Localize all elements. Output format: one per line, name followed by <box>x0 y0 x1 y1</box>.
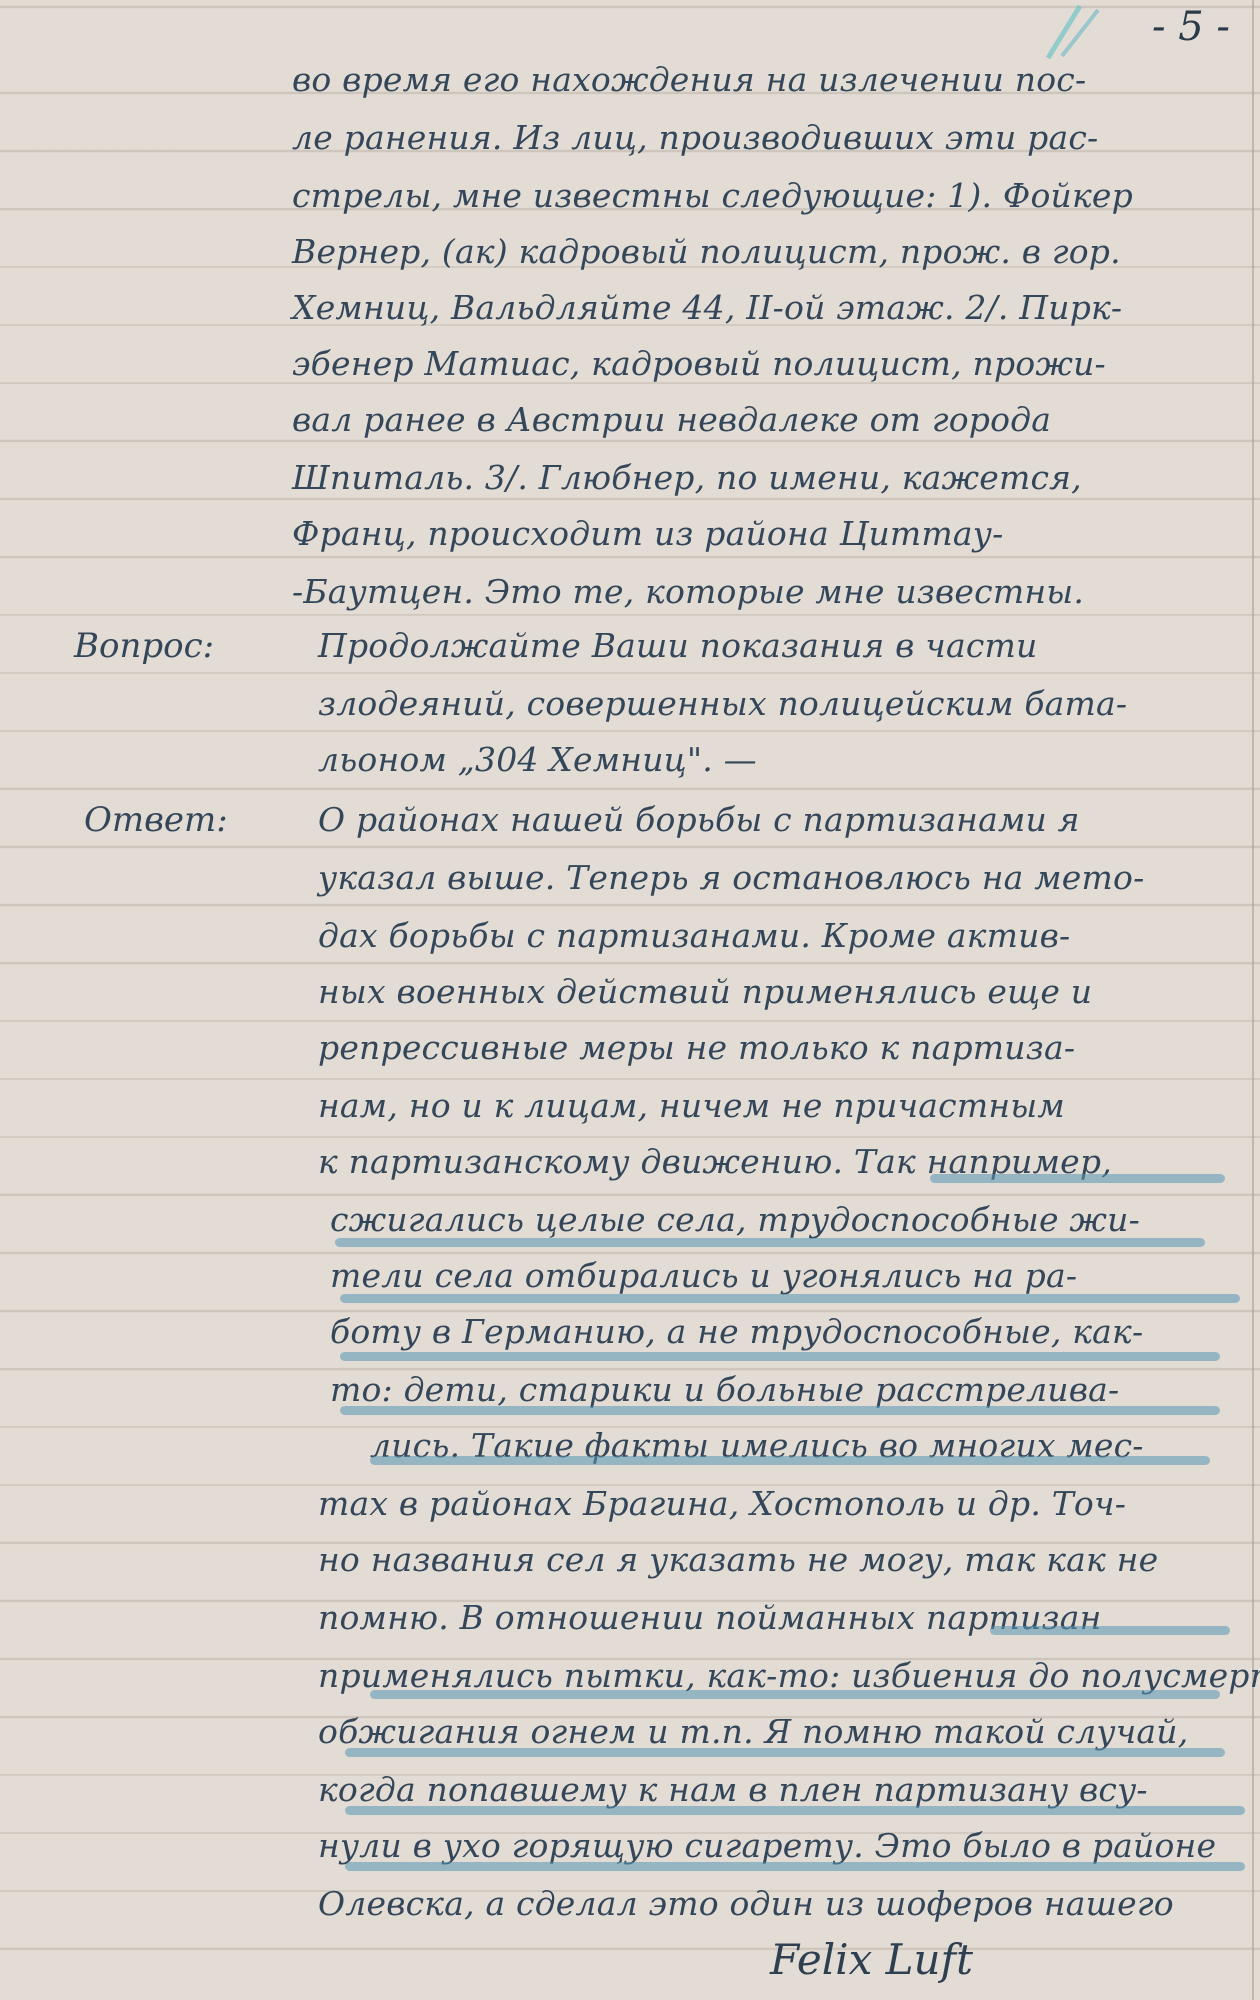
page-edge-rule <box>1252 0 1254 2000</box>
underline-mark <box>345 1806 1245 1815</box>
text-line: тели села отбирались и угонялись на ра- <box>330 1256 1077 1295</box>
text-line: О районах нашей борьбы с партизанами я <box>318 800 1080 839</box>
page-number: - 5 - <box>1152 4 1230 50</box>
text-line: сжигались целые села, трудоспособные жи- <box>330 1200 1140 1239</box>
text-line: указал выше. Теперь я остановлюсь на мет… <box>318 858 1144 897</box>
text-line: когда попавшему к нам в плен партизану в… <box>318 1770 1148 1809</box>
text-line: тах в районах Брагина, Хостополь и др. Т… <box>318 1484 1126 1523</box>
text-line: нули в ухо горящую сигарету. Это было в … <box>318 1826 1216 1865</box>
underline-mark <box>340 1406 1220 1415</box>
text-line: помню. В отношении пойманных партизан <box>318 1598 1102 1637</box>
underline-mark <box>345 1748 1225 1757</box>
text-line: дах борьбы с партизанами. Кроме актив- <box>318 916 1070 955</box>
underline-mark <box>370 1456 1210 1465</box>
text-line: Франц, происходит из района Циттау- <box>292 514 1004 553</box>
underline-mark <box>370 1690 1220 1699</box>
text-line: Шпиталь. 3/. Глюбнер, по имени, кажется, <box>292 458 1082 497</box>
underline-mark <box>990 1626 1230 1635</box>
text-line: нам, но и к лицам, ничем не причастным <box>318 1086 1065 1125</box>
text-line: вал ранее в Австрии невдалеке от города <box>292 400 1051 439</box>
text-line: ле ранения. Из лиц, производивших эти ра… <box>292 118 1098 157</box>
text-line: Вернер, (ак) кадровый полицист, прож. в … <box>292 232 1121 271</box>
text-line: -Баутцен. Это те, которые мне известны. <box>292 572 1084 611</box>
text-line: обжигания огнем и т.п. Я помню такой слу… <box>318 1712 1188 1751</box>
text-line: Продолжайте Ваши показания в части <box>318 626 1037 665</box>
signature: Felix Luft <box>770 1935 973 1984</box>
underline-mark <box>340 1294 1240 1303</box>
text-line: стрелы, мне известны следующие: 1). Фойк… <box>292 176 1133 215</box>
text-line: во время его нахождения на излечении пос… <box>292 60 1086 99</box>
text-line: репрессивные меры не только к партиза- <box>318 1028 1075 1067</box>
text-line: но названия сел я указать не могу, так к… <box>318 1540 1158 1579</box>
underline-mark <box>335 1238 1205 1247</box>
pencil-annotation-mark <box>1040 0 1120 60</box>
underline-mark <box>340 1352 1220 1361</box>
answer-label: Ответ: <box>84 800 228 840</box>
text-line: злодеяний, совершенных полицейским бата- <box>318 684 1127 723</box>
text-line: льоном „304 Хемниц". — <box>318 740 757 779</box>
text-line: Хемниц, Вальдляйте 44, II-ой этаж. 2/. П… <box>292 288 1122 327</box>
text-line: эбенер Матиас, кадровый полицист, прожи- <box>292 344 1106 383</box>
text-line: боту в Германию, а не трудоспособные, ка… <box>330 1312 1143 1351</box>
text-line: Олевска, а сделал это один из шоферов на… <box>318 1884 1174 1923</box>
underline-mark <box>345 1862 1245 1871</box>
text-line: ных военных действий применялись еще и <box>318 972 1092 1011</box>
question-label: Вопрос: <box>74 626 214 666</box>
text-line: то: дети, старики и больные расстрелива- <box>330 1370 1119 1409</box>
underline-mark <box>930 1174 1225 1183</box>
